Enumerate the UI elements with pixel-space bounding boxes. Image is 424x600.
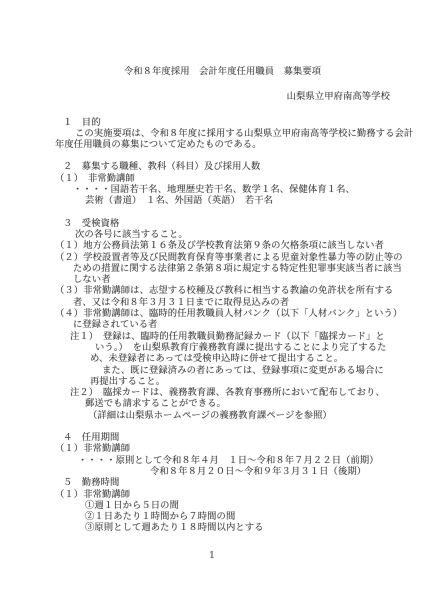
doc-line: ・・・・国語若干名、地理歴史若干名、数学１名、保健体育１名、 <box>73 184 390 195</box>
doc-line: （１）非常勤講師 <box>55 443 390 454</box>
doc-line: 令和８年８月２０日～令和９年３月３１日（後期） <box>150 466 390 477</box>
doc-line: （１）地方公務員法第１６条及び学校教育法第９条の欠格条項に該当しない者 <box>55 240 390 251</box>
doc-line: 芸術（書道） １名、外国語（英語） 若干名 <box>85 195 390 206</box>
doc-line: 者、又は令和８年３月３１日までに取得見込みの者 <box>73 297 390 308</box>
doc-line: 郵送でも請求することができる。 <box>85 398 390 409</box>
doc-line: しない者 <box>73 274 390 285</box>
school-name: 山梨県立甲府南高等学校 <box>55 91 390 102</box>
section-2-heading: ２ 募集する職種、教科（科目）及び採用人数 <box>63 161 390 172</box>
note-2-line: 注２） 臨採カードは、義務教育課、各教育事務所において配布しており、 <box>70 387 390 398</box>
document-body: 令和８年度採用 会計年度任用職員 募集要項 山梨県立甲府南高等学校 １ 目的 こ… <box>55 66 390 534</box>
section-1-heading: １ 目的 <box>63 117 390 128</box>
document-page: 令和８年度採用 会計年度任用職員 募集要項 山梨県立甲府南高等学校 １ 目的 こ… <box>0 0 424 600</box>
note-1-line: 注１） 登録は、臨時的任用教職員勤務記録カード（以下「臨採カード」と <box>70 331 390 342</box>
doc-line: ②１日あたり１時間から７時間の間 <box>85 511 390 522</box>
doc-line: （４）非常勤講師は、臨時的任用教職員人材バンク（以下「人材バンク」という） <box>55 308 390 319</box>
doc-line: 再提出すること。 <box>90 376 390 387</box>
doc-line: この実施要項は、令和８年度に採用する山梨県立甲府南高等学校に勤務する会計 <box>75 128 390 139</box>
doc-line: 年度任用職員の募集について定めたものである。 <box>55 139 390 150</box>
doc-line: ①週１日から５日の間 <box>85 500 390 511</box>
document-title: 令和８年度採用 会計年度任用職員 募集要項 <box>55 66 390 77</box>
doc-line: （２）学校設置者等及び民間教育保育等事業者による児童対象性暴力等の防止等の <box>55 252 390 263</box>
section-5-heading: ５ 勤務時間 <box>63 477 390 488</box>
doc-line: いう。） を山梨県教育庁義務教育課に提出することにより完了するた <box>95 342 390 353</box>
doc-line: また、既に登録済みの者にあっては、登録事項に変更がある場合に <box>102 365 390 376</box>
page-number: 1 <box>0 551 424 562</box>
doc-line: （１） 非常勤講師 <box>55 173 390 184</box>
doc-line: 次の各号に該当すること。 <box>75 229 390 240</box>
section-3-heading: ３ 受検資格 <box>63 218 390 229</box>
doc-line: （１）非常勤講師 <box>55 489 390 500</box>
section-4-heading: ４ 任用期間 <box>63 432 390 443</box>
doc-line: （３）非常勤講師は、志望する校種及び教科に相当する教諭の免許状を所有する <box>55 285 390 296</box>
doc-line: に登録されている者 <box>73 319 390 330</box>
doc-line: ③原則として週あたり１８時間以内とする <box>85 522 390 533</box>
doc-line: め、未登録者にあっては受検申込時に併せて提出すること。 <box>90 353 390 364</box>
doc-line: ・・・・原則として令和８年４月 １日～令和８年７月２２日（前期） <box>78 455 390 466</box>
doc-line: （詳細は山梨県ホームページの義務教育課ページを参照） <box>88 410 390 421</box>
doc-line: ための措置に関する法律第２条第８項に規定する特定性犯罪事実該当者に該当 <box>73 263 390 274</box>
